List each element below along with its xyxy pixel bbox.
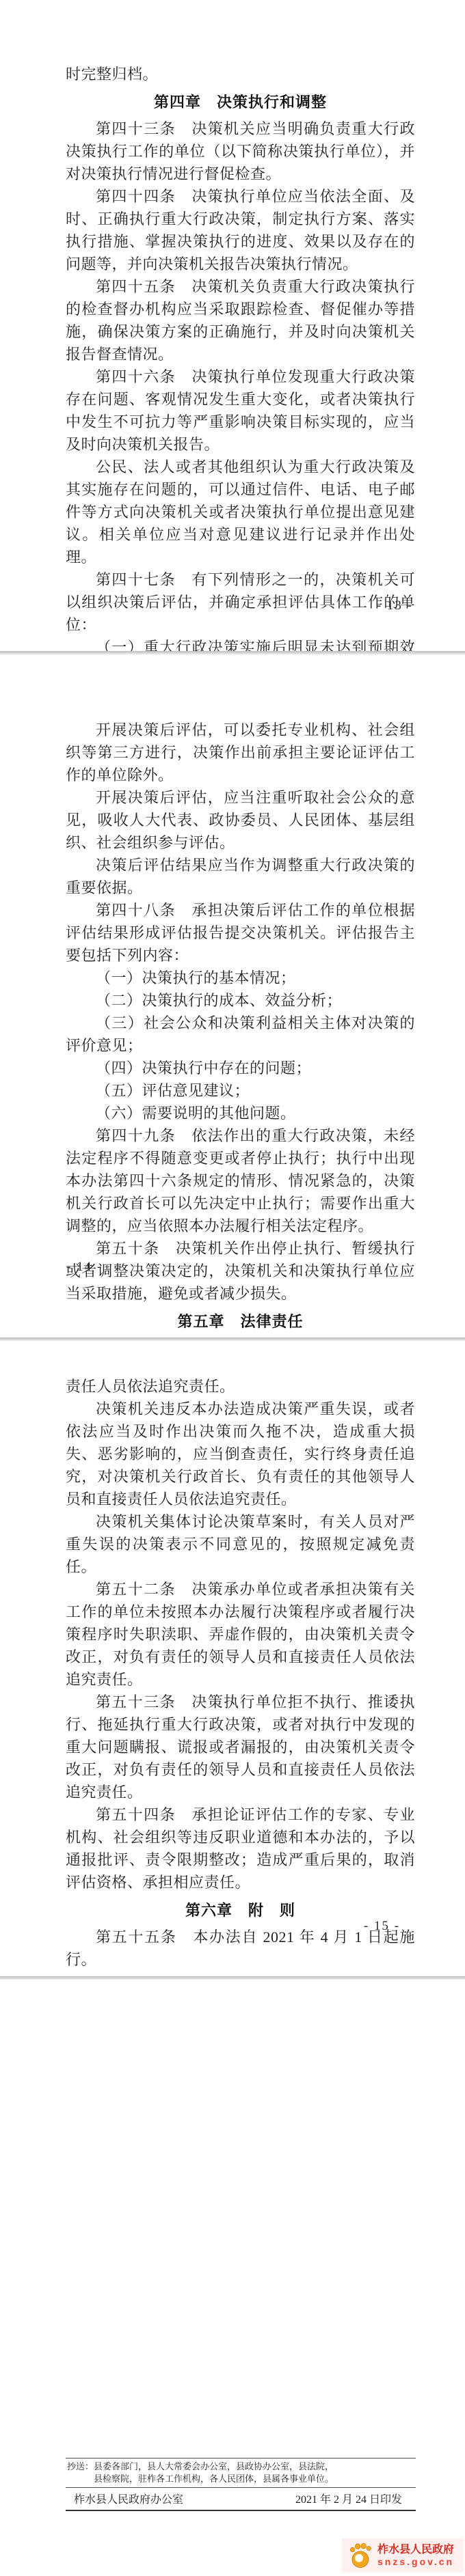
article-48-item-4: （四）决策执行中存在的问题； [66,1057,415,1079]
article-48-item-1: （一）决策执行的基本情况； [66,967,415,989]
article-48-item-2: （二）决策执行的成本、效益分析； [66,989,415,1012]
print-date: 2021 年 2 月 24 日印发 [295,2491,402,2506]
article-48-item-5: （五）评估意见建议； [66,1079,415,1102]
footprint-icon [347,2542,373,2569]
gov-watermark-logo: 柞水县人民政府 snzs.gov.cn [342,2538,464,2573]
chapter-6-heading: 第六章 附 则 [66,1899,415,1922]
page-number-13: - 13 - [377,598,413,613]
article-48-item-6: （六）需要说明的其他问题。 [66,1102,415,1124]
cc-line-1: 抄送：县委各部门，县人大常委会办公室，县政协办公室，县法院， [67,2461,414,2473]
article-51: 第五十一条 决策机关违反本办法的，由上一级行政机关责令改正，对决策机关行政首长、… [66,1337,415,1338]
page-13-body: 时完整归档。 第四章 决策执行和调整 第四十三条 决策机关应当明确负责重大行政决… [0,0,465,651]
issuing-office: 柞水县人民政府办公室 [74,2491,183,2506]
article-51-continuation: 责任人员依法追究责任。 [66,1375,415,1398]
post-evaluation-para-3: 决策后评估结果应当作为调整重大行政决策的重要依据。 [66,854,415,899]
article-51-para-3: 决策机关集体讨论决策草案时，有关人员对严重失误的决策表示不同意见的，按照规定减免… [66,1510,415,1578]
rule-bottom [66,2510,416,2511]
page-15-body: 责任人员依法追究责任。 决策机关违反本办法造成决策严重失误，或者依法应当及时作出… [0,1341,465,1971]
article-47: 第四十七条 有下列情形之一的，决策机关可以组织决策后评估，并确定承担评估具体工作… [66,568,415,636]
article-49: 第四十九条 依法作出的重大行政决策，未经法定程序不得随意变更或者停止执行；执行中… [66,1124,415,1237]
gov-url: snzs.gov.cn [377,2556,454,2567]
cc-block: 抄送：县委各部门，县人大常委会办公室，县政协办公室，县法院， 县检察院，驻柞各工… [66,2459,416,2487]
scanned-page-14: 开展决策后评估，可以委托专业机构、社会组织等第三方进行，决策作出前承担主要论证评… [0,654,465,1338]
article-47-item-1: （一）重大行政决策实施后明显未达到预期效果的； [66,636,415,651]
page-number-14: - 14 - [66,1260,103,1275]
article-50: 第五十条 决策机关作出停止执行、暂缓执行或者调整决策决定的，决策机关和决策执行单… [66,1237,415,1305]
post-evaluation-para-1: 开展决策后评估，可以委托专业机构、社会组织等第三方进行，决策作出前承担主要论证评… [66,719,415,786]
article-44: 第四十四条 决策执行单位应当依法全面、及时、正确执行重大行政决策，制定执行方案、… [66,185,415,275]
article-46-para-2: 公民、法人或者其他组织认为重大行政决策及其实施存在问题的，可以通过信件、电话、电… [66,456,415,568]
post-evaluation-para-2: 开展决策后评估，应当注重听取社会公众的意见，吸收人大代表、政协委员、人民团体、基… [66,786,415,854]
article-51-para-2: 决策机关违反本办法造成决策严重失误，或者依法应当及时作出决策而久拖不决，造成重大… [66,1398,415,1510]
document-version-block: 抄送：县委各部门，县人大常委会办公室，县政协办公室，县法院， 县检察院，驻柞各工… [66,2458,416,2511]
scanned-page-15: 责任人员依法追究责任。 决策机关违反本办法造成决策严重失误，或者依法应当及时作出… [0,1341,465,1976]
scanned-page-13: 时完整归档。 第四章 决策执行和调整 第四十三条 决策机关应当明确负责重大行政决… [0,0,465,651]
article-55: 第五十五条 本办法自 2021 年 4 月 1 日起施行。 [66,1926,415,1971]
issuer-row: 柞水县人民政府办公室 2021 年 2 月 24 日印发 [66,2488,416,2510]
cc-line-2: 县检察院，驻柞各工作机构，各人民团体，县属各事业单位。 [67,2473,414,2485]
page-14-body: 开展决策后评估，可以委托专业机构、社会组织等第三方进行，决策作出前承担主要论证评… [0,654,465,1338]
paragraph-continuation: 时完整归档。 [66,63,415,85]
chapter-5-heading: 第五章 法律责任 [66,1310,415,1333]
article-52: 第五十二条 决策承办单位或者承担决策有关工作的单位未按照本办法履行决策程序或者履… [66,1578,415,1691]
page-number-15: - 15 - [364,1919,400,1934]
article-46: 第四十六条 决策执行单位发现重大行政决策存在问题、客观情况发生重大变化，或者决策… [66,365,415,456]
gov-name: 柞水县人民政府 [377,2544,454,2556]
article-43: 第四十三条 决策机关应当明确负责重大行政决策执行工作的单位（以下简称决策执行单位… [66,117,415,185]
article-48-item-3: （三）社会公众和决策利益相关主体对决策的评价意见； [66,1012,415,1057]
article-45: 第四十五条 决策机关负责重大行政决策执行的检查督办机构应当采取跟踪检查、督促催办… [66,275,415,365]
article-53: 第五十三条 决策执行单位拒不执行、推诿执行、拖延执行重大行政决策，或者对执行中发… [66,1691,415,1803]
article-48: 第四十八条 承担决策后评估工作的单位根据评估结果形成评估报告提交决策机关。评估报… [66,899,415,967]
article-54: 第五十四条 承担论证评估工作的专家、专业机构、社会组织等违反职业道德和本办法的，… [66,1803,415,1894]
chapter-4-heading: 第四章 决策执行和调整 [66,91,415,113]
scanned-page-16: 抄送：县委各部门，县人大常委会办公室，县政协办公室，县法院， 县检察院，驻柞各工… [0,1980,465,2576]
